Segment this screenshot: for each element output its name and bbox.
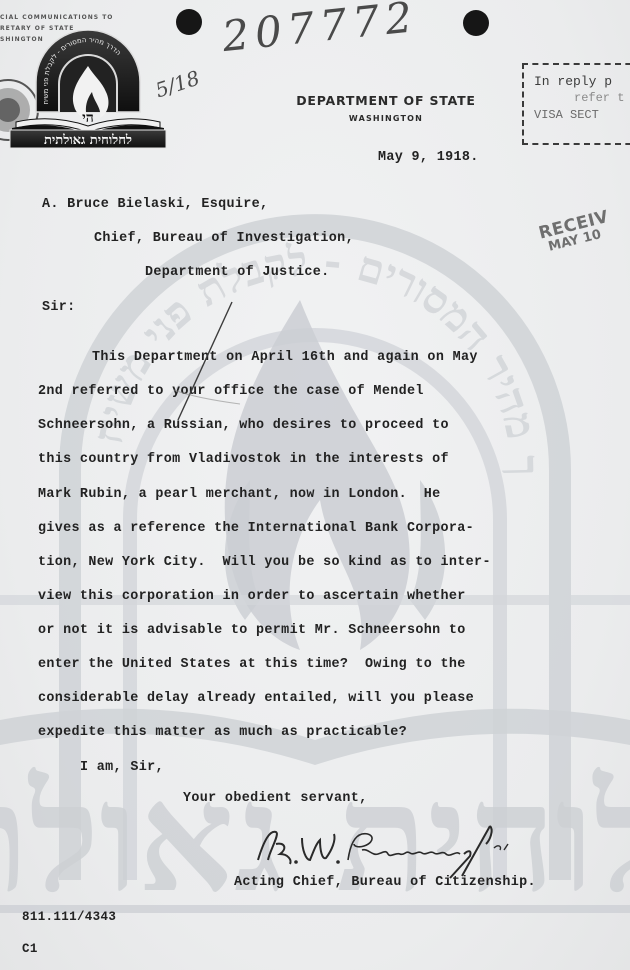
- closing-line-1: I am, Sir,: [80, 760, 164, 775]
- department-city: WASHINGTON: [286, 114, 486, 123]
- body-line: considerable delay already entailed, wil…: [38, 691, 474, 706]
- file-reference: 811.111/4343: [22, 910, 116, 924]
- reply-stamp: In reply p refer t VISA SECT: [522, 63, 630, 145]
- body-line: Mark Rubin, a pearl merchant, now in Lon…: [38, 487, 441, 502]
- punch-hole-left: [176, 9, 202, 35]
- addressee-line-1: A. Bruce Bielaski, Esquire,: [42, 197, 268, 212]
- letterhead: DEPARTMENT OF STATE WASHINGTON: [286, 93, 486, 123]
- addressee-line-3: Department of Justice.: [145, 265, 330, 280]
- body-line: enter the United States at this time? Ow…: [38, 657, 466, 672]
- reply-stamp-line-2: refer t: [534, 90, 630, 107]
- body-line: tion, New York City. Will you be so kind…: [38, 555, 491, 570]
- reply-stamp-line-1: In reply p: [534, 73, 630, 90]
- punch-hole-right: [463, 10, 489, 36]
- salutation: Sir:: [42, 300, 76, 315]
- reply-stamp-line-3: VISA SECT: [534, 107, 630, 124]
- received-stamp: RECEIV MAY 10: [537, 210, 613, 256]
- department-name: DEPARTMENT OF STATE: [286, 93, 486, 108]
- pencil-check-mark-icon: [170, 300, 250, 430]
- letter-date: May 9, 1918.: [378, 150, 479, 165]
- svg-text:לחלוחית גאולתית: לחלוחית גאולתית: [44, 133, 132, 148]
- closing-line-2: Your obedient servant,: [183, 791, 368, 806]
- body-line: expedite this matter as much as practica…: [38, 725, 407, 740]
- body-line: or not it is advisable to permit Mr. Sch…: [38, 623, 466, 638]
- body-line: This Department on April 16th and again …: [92, 350, 478, 365]
- typist-initials: C1: [22, 942, 38, 956]
- svg-text:הי: הי: [82, 110, 94, 126]
- addressee-line-2: Chief, Bureau of Investigation,: [94, 231, 354, 246]
- body-line: gives as a reference the International B…: [38, 521, 474, 536]
- book-flame-emblem-icon: הדרך מהיר המסורים - לקבלת פני משיח הי לח…: [8, 30, 168, 150]
- signature-icon: [250, 820, 550, 880]
- scanned-letter-page: לחלוחית גאולתית הדרך מהיר המסורים - לקבל…: [0, 0, 630, 970]
- signer-title: Acting Chief, Bureau of Citizenship.: [234, 875, 536, 890]
- body-line: this country from Vladivostok in the int…: [38, 452, 449, 467]
- handwritten-file-number: 207772: [220, 0, 420, 61]
- instructions-line-1: CIAL COMMUNICATIONS TO: [0, 12, 113, 23]
- logo: הדרך מהיר המסורים - לקבלת פני משיח הי לח…: [8, 30, 168, 150]
- body-line: view this corporation in order to ascert…: [38, 589, 466, 604]
